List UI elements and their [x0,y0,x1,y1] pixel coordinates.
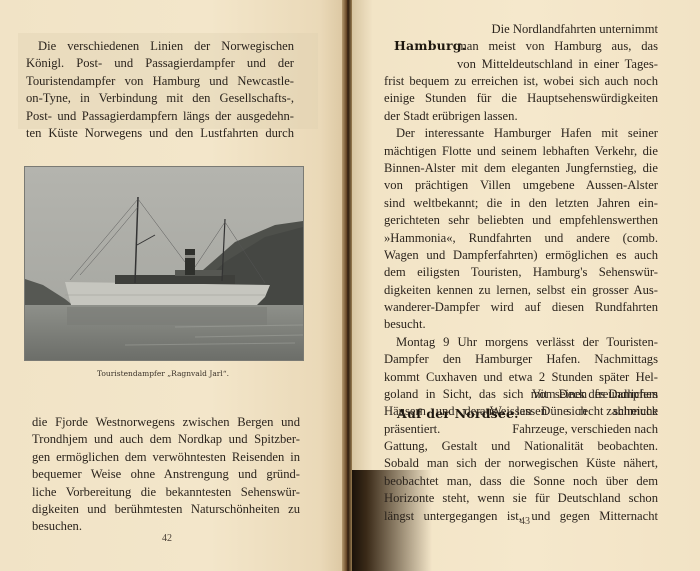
right-text-block-1: Die Nordlandfahrten unternimmt man meist… [457,21,658,73]
right-text-block-4: Gattung, Gestalt und Nationalität beobac… [384,438,658,525]
text-line: wanderer-Dampfer wird auf diesen Rundfah… [384,299,658,316]
text-line: man meist von Hamburg aus, das [457,38,658,55]
text-line: Post- und Passagierdampfern längs der au… [26,108,294,125]
text-line: der Stadt erübrigen lassen. [384,108,658,125]
page-number-left: 42 [162,533,172,544]
text-line: von prächtigen Villen umgebene Aussen-Al… [384,177,658,194]
right-text-block-2: frist bequem zu erreichen ist, wobei sic… [384,73,658,438]
text-line: Die Nordlandfahrten unternimmt [457,21,658,38]
text-line: von Mitteldeutschland in einer Tages- [457,56,658,73]
text-line: bequemer Weise ohne Anstrengung und grün… [32,466,300,483]
text-line: Touristendampfer von Hamburg und Newcast… [26,73,294,90]
text-line: Horizonte steht, wenn sie für Deutschlan… [384,490,658,507]
marginal-note-hamburg: Hamburg. [394,38,466,53]
text-line: digkeiten und berühmtesten Naturschönhei… [32,501,300,518]
text-line: dem eiligsten Touristen, Hamburg's Sehen… [384,264,658,281]
text-line: digkeiten kennen zu lernen, selbst ein g… [384,282,658,299]
text-line: ten Küste Norwegens und den Lustfahrten … [26,125,294,142]
text-line: mächtigen Flotte und seinem lebhaften Ve… [384,143,658,160]
text-line: die Fjorde Westnorwegens zwischen Bergen… [32,414,300,431]
steamship-image [25,167,303,360]
text-line: Gattung, Gestalt und Nationalität beobac… [384,438,658,455]
text-line: liche Vorbereitung die bekanntesten Sehe… [32,484,300,501]
text-line: frist bequem zu erreichen ist, wobei sic… [384,73,658,90]
right-text-block-3: Vom Deck des Dampfers aus lassen sich za… [480,386,658,438]
left-page: Die verschiedenen Linien der Norwegische… [0,0,348,571]
text-line: Montag 9 Uhr morgens verlässt der Touris… [384,334,658,351]
text-line: Königl. Post- und Passagierdampfer und d… [26,55,294,72]
text-line: sind weltbekannt; die in den letzten Jah… [384,195,658,212]
text-line: gerichteten sehr beliebten und empfehlen… [384,212,658,229]
text-line: »Hammonia«, Rundfahrten und andere (comb… [384,230,658,247]
text-line: Die verschiedenen Linien der Norwegische… [26,38,294,55]
book-spread: Die verschiedenen Linien der Norwegische… [0,0,700,571]
left-bottom-paragraph: die Fjorde Westnorwegens zwischen Bergen… [32,414,300,536]
text-line: gen ermöglichen dem verwöhntesten Reisen… [32,449,300,466]
text-line: besucht. [384,316,658,333]
page-number-right: 43 [520,516,530,527]
text-line: Wagen und Dampferfahrten) ermöglichen es… [384,247,658,264]
left-top-paragraph: Die verschiedenen Linien der Norwegische… [26,38,294,142]
text-line: Binnen-Alster mit dem eleganten Jungfern… [384,160,658,177]
text-line: Dampfer den Hamburger Hafen. Nachmittags [384,351,658,368]
figure-caption: Touristendampfer „Ragnvald Jarl“. [24,369,302,378]
text-line: Der interessante Hamburger Hafen mit sei… [384,125,658,142]
ship-photograph [24,166,304,361]
book-gutter [342,0,352,571]
text-line: Fahrzeuge, verschieden nach [480,421,658,438]
text-line: Sobald man sich der norwegischen Küste n… [384,455,658,472]
text-line: on-Tyne, in Verbindung mit den Gesellsch… [26,90,294,107]
text-line: kommt Cuxhaven und etwa 2 Stunden später… [384,369,658,386]
text-line: aus lassen sich zahlreiche [480,403,658,420]
text-line: Trondhjem und auch dem Nordkap und Spitz… [32,431,300,448]
text-line: einige Stunden für die Hauptsehenswürdig… [384,90,658,107]
text-line: Vom Deck des Dampfers [480,386,658,403]
right-page: Hamburg. Auf der Nordsee. Die Nordlandfa… [352,0,700,571]
text-line: beobachtet man, dass die Sonne noch über… [384,473,658,490]
